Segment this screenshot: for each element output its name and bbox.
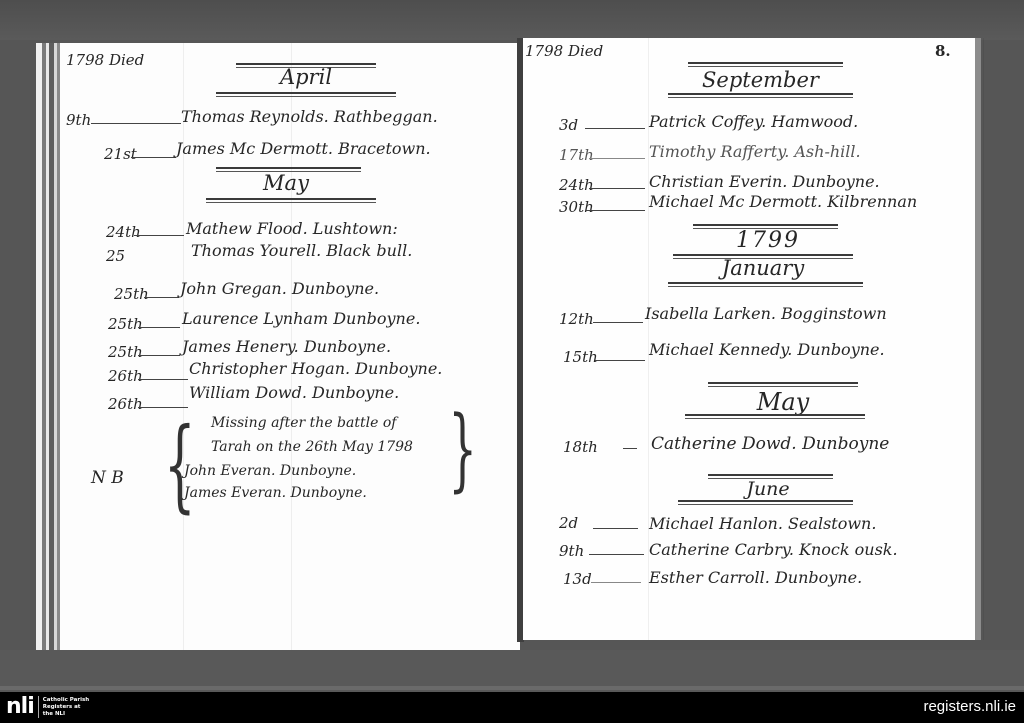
heading-rule <box>206 198 376 203</box>
left-register-page: 1798 Died April 9th Thomas Reynolds. Rat… <box>36 43 520 650</box>
right-brace: } <box>448 405 477 495</box>
footer-bar: nli Catholic Parish Registers at the NLI… <box>0 692 1024 723</box>
month-heading-may-1799: May <box>693 388 873 416</box>
heading-rule <box>685 414 865 419</box>
month-heading-september: September <box>668 68 853 92</box>
page-stack-edge-right <box>975 38 981 640</box>
year-heading: 1799 <box>683 228 853 253</box>
entry-date: 2d <box>559 514 578 532</box>
entry-name: Michael Hanlon. Sealstown. <box>649 514 876 533</box>
entry-leader-line <box>623 448 637 449</box>
logo-text-line: Registers at <box>43 704 89 711</box>
entry-leader-line <box>593 322 643 323</box>
heading-rule <box>688 62 843 67</box>
entry-date: 12th <box>559 310 594 328</box>
entry-leader-line <box>138 379 188 380</box>
entry-name: Thomas Yourell. Black bull. <box>191 241 412 260</box>
page-header: 1798 Died <box>525 42 603 60</box>
entry-name: Catherine Carbry. Knock ousk. <box>649 540 898 559</box>
entry-name: Timothy Rafferty. Ash-hill. <box>649 142 861 161</box>
entry-date: 26th <box>108 395 143 413</box>
note-entry: James Everan. Dunboyne. <box>184 485 367 501</box>
entry-date: 15th <box>563 348 598 366</box>
entry-leader-line <box>144 297 179 298</box>
heading-rule <box>216 92 396 97</box>
note-line: Tarah on the 26th May 1798 <box>211 439 413 455</box>
entry-date: 21st <box>104 145 137 163</box>
entry-name: James Mc Dermott. Bracetown. <box>176 139 431 158</box>
entry-leader-line <box>589 554 644 555</box>
entry-name: Michael Kennedy. Dunboyne. <box>649 340 885 359</box>
edge-rule <box>983 38 984 640</box>
viewer-divider <box>0 686 1024 690</box>
entry-name: James Henery. Dunboyne. <box>182 337 391 356</box>
month-heading-january: January <box>673 256 853 280</box>
entry-leader-line <box>138 327 180 328</box>
entry-date: 9th <box>66 111 91 129</box>
entry-name: Catherine Dowd. Dunboyne <box>651 434 889 454</box>
entry-date: 24th <box>106 223 141 241</box>
viewer-background-top <box>0 0 1024 40</box>
entry-leader-line <box>91 123 181 124</box>
heading-rule <box>678 500 853 505</box>
entry-leader-line <box>593 528 638 529</box>
note-entry: John Everan. Dunboyne. <box>184 463 356 479</box>
entry-leader-line <box>595 360 645 361</box>
nli-logo-text: Catholic Parish Registers at the NLI <box>43 697 89 718</box>
entry-name: Christopher Hogan. Dunboyne. <box>189 359 442 378</box>
entry-date: 30th <box>559 198 594 216</box>
entry-date: 26th <box>108 367 143 385</box>
month-heading-june: June <box>693 478 843 500</box>
entry-name: Esther Carroll. Dunboyne. <box>649 568 862 587</box>
entry-leader-line <box>131 157 176 158</box>
entry-name: John Gregan. Dunboyne. <box>180 279 379 298</box>
month-heading-may: May <box>206 171 366 195</box>
logo-divider <box>38 696 39 718</box>
nli-logo-mark: nli <box>6 695 34 719</box>
entry-leader-line <box>585 210 645 211</box>
right-register-page: 1798 Died 8. September 3d Patrick Coffey… <box>523 38 975 640</box>
entry-name: Laurence Lynham Dunboyne. <box>182 309 420 328</box>
entry-date: 17th <box>559 146 594 164</box>
entry-leader-line <box>138 355 180 356</box>
entry-leader-line <box>585 128 645 129</box>
heading-rule <box>708 382 858 387</box>
entry-name: Thomas Reynolds. Rathbeggan. <box>181 107 438 126</box>
entry-date: 25th <box>114 285 149 303</box>
entry-date: 25th <box>108 343 143 361</box>
entry-date: 18th <box>563 438 598 456</box>
register-image-viewer[interactable]: 1798 Died April 9th Thomas Reynolds. Rat… <box>0 0 1024 692</box>
entry-date: 13d <box>563 570 592 588</box>
logo-text-line: Catholic Parish <box>43 697 89 704</box>
entry-name: Christian Everin. Dunboyne. <box>649 172 880 191</box>
note-line: Missing after the battle of <box>211 415 396 431</box>
entry-date: 3d <box>559 116 578 134</box>
entry-date: 9th <box>559 542 584 560</box>
entry-date: 25 <box>106 247 125 265</box>
entry-leader-line <box>589 158 645 159</box>
page-header: 1798 Died <box>66 51 144 69</box>
logo-text-line: the NLI <box>43 711 89 718</box>
entry-leader-line <box>589 188 645 189</box>
entry-date: 25th <box>108 315 143 333</box>
month-heading-april: April <box>216 65 396 89</box>
nli-logo[interactable]: nli Catholic Parish Registers at the NLI <box>6 695 89 719</box>
entry-name: William Dowd. Dunboyne. <box>189 383 399 402</box>
entry-name: Patrick Coffey. Hamwood. <box>649 112 858 131</box>
entry-name: Isabella Larken. Bogginstown <box>645 304 887 323</box>
entry-leader-line <box>591 582 641 583</box>
entry-date: 24th <box>559 176 594 194</box>
page-stack-edge <box>36 43 66 650</box>
entry-name: Mathew Flood. Lushtown: <box>186 219 398 238</box>
entry-leader-line <box>134 235 184 236</box>
site-link[interactable]: registers.nli.ie <box>923 698 1016 715</box>
heading-rule <box>668 93 853 98</box>
page-number: 8. <box>935 42 951 60</box>
nb-marker: N B <box>91 468 124 488</box>
heading-rule <box>668 282 863 287</box>
entry-name: Michael Mc Dermott. Kilbrennan <box>649 192 917 211</box>
